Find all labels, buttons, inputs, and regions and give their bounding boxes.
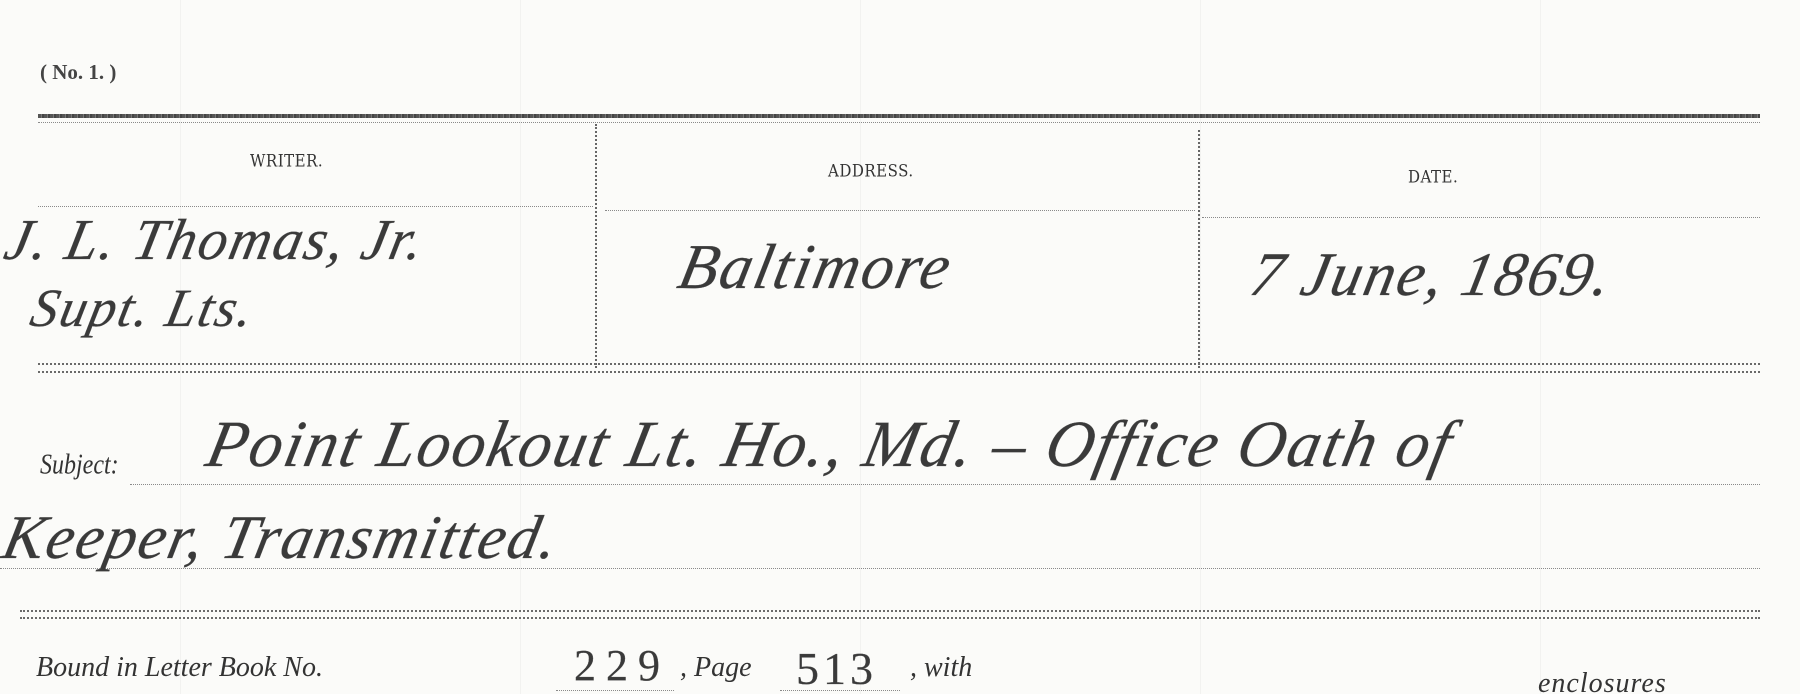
address-column-header: ADDRESS. (828, 161, 914, 181)
serial-number-label: ( No. 1. ) (40, 60, 116, 85)
subject-value-line2: Keeper, Transmitted. (0, 500, 567, 576)
enclosures-label: enclosures (1538, 668, 1667, 694)
column-divider-writer-address (595, 124, 597, 368)
date-column-header: DATE. (1408, 167, 1458, 187)
date-header-underline (1202, 217, 1760, 218)
page-label: , Page (680, 652, 752, 684)
address-header-underline (605, 210, 1195, 211)
subject-label: Subject: (40, 449, 119, 481)
address-value: Baltimore (673, 232, 959, 302)
writer-value-line1: J. L. Thomas, Jr. (0, 210, 431, 270)
top-thin-rule (38, 122, 1760, 123)
with-label: , with (910, 652, 972, 684)
entry-bottom-rule-1 (38, 363, 1760, 365)
date-value: 7 June, 1869. (1245, 240, 1620, 310)
subject-value-line1: Point Lookout Lt. Ho., Md. – Office Oath… (199, 405, 1461, 485)
top-thick-rule (38, 114, 1760, 118)
footer-top-rule-2 (20, 617, 1760, 619)
letter-book-no-value: 229 (574, 640, 670, 691)
entry-bottom-rule-2 (38, 371, 1760, 373)
register-card: ( No. 1. ) WRITER. ADDRESS. DATE. J. L. … (0, 0, 1800, 694)
bound-in-letter-book-label: Bound in Letter Book No. (36, 652, 323, 684)
writer-value-line2: Supt. Lts. (26, 280, 260, 336)
page-no-value: 513 (796, 642, 877, 694)
footer-top-rule-1 (20, 610, 1760, 612)
column-divider-address-date (1198, 130, 1200, 368)
writer-column-header: WRITER. (250, 151, 323, 171)
